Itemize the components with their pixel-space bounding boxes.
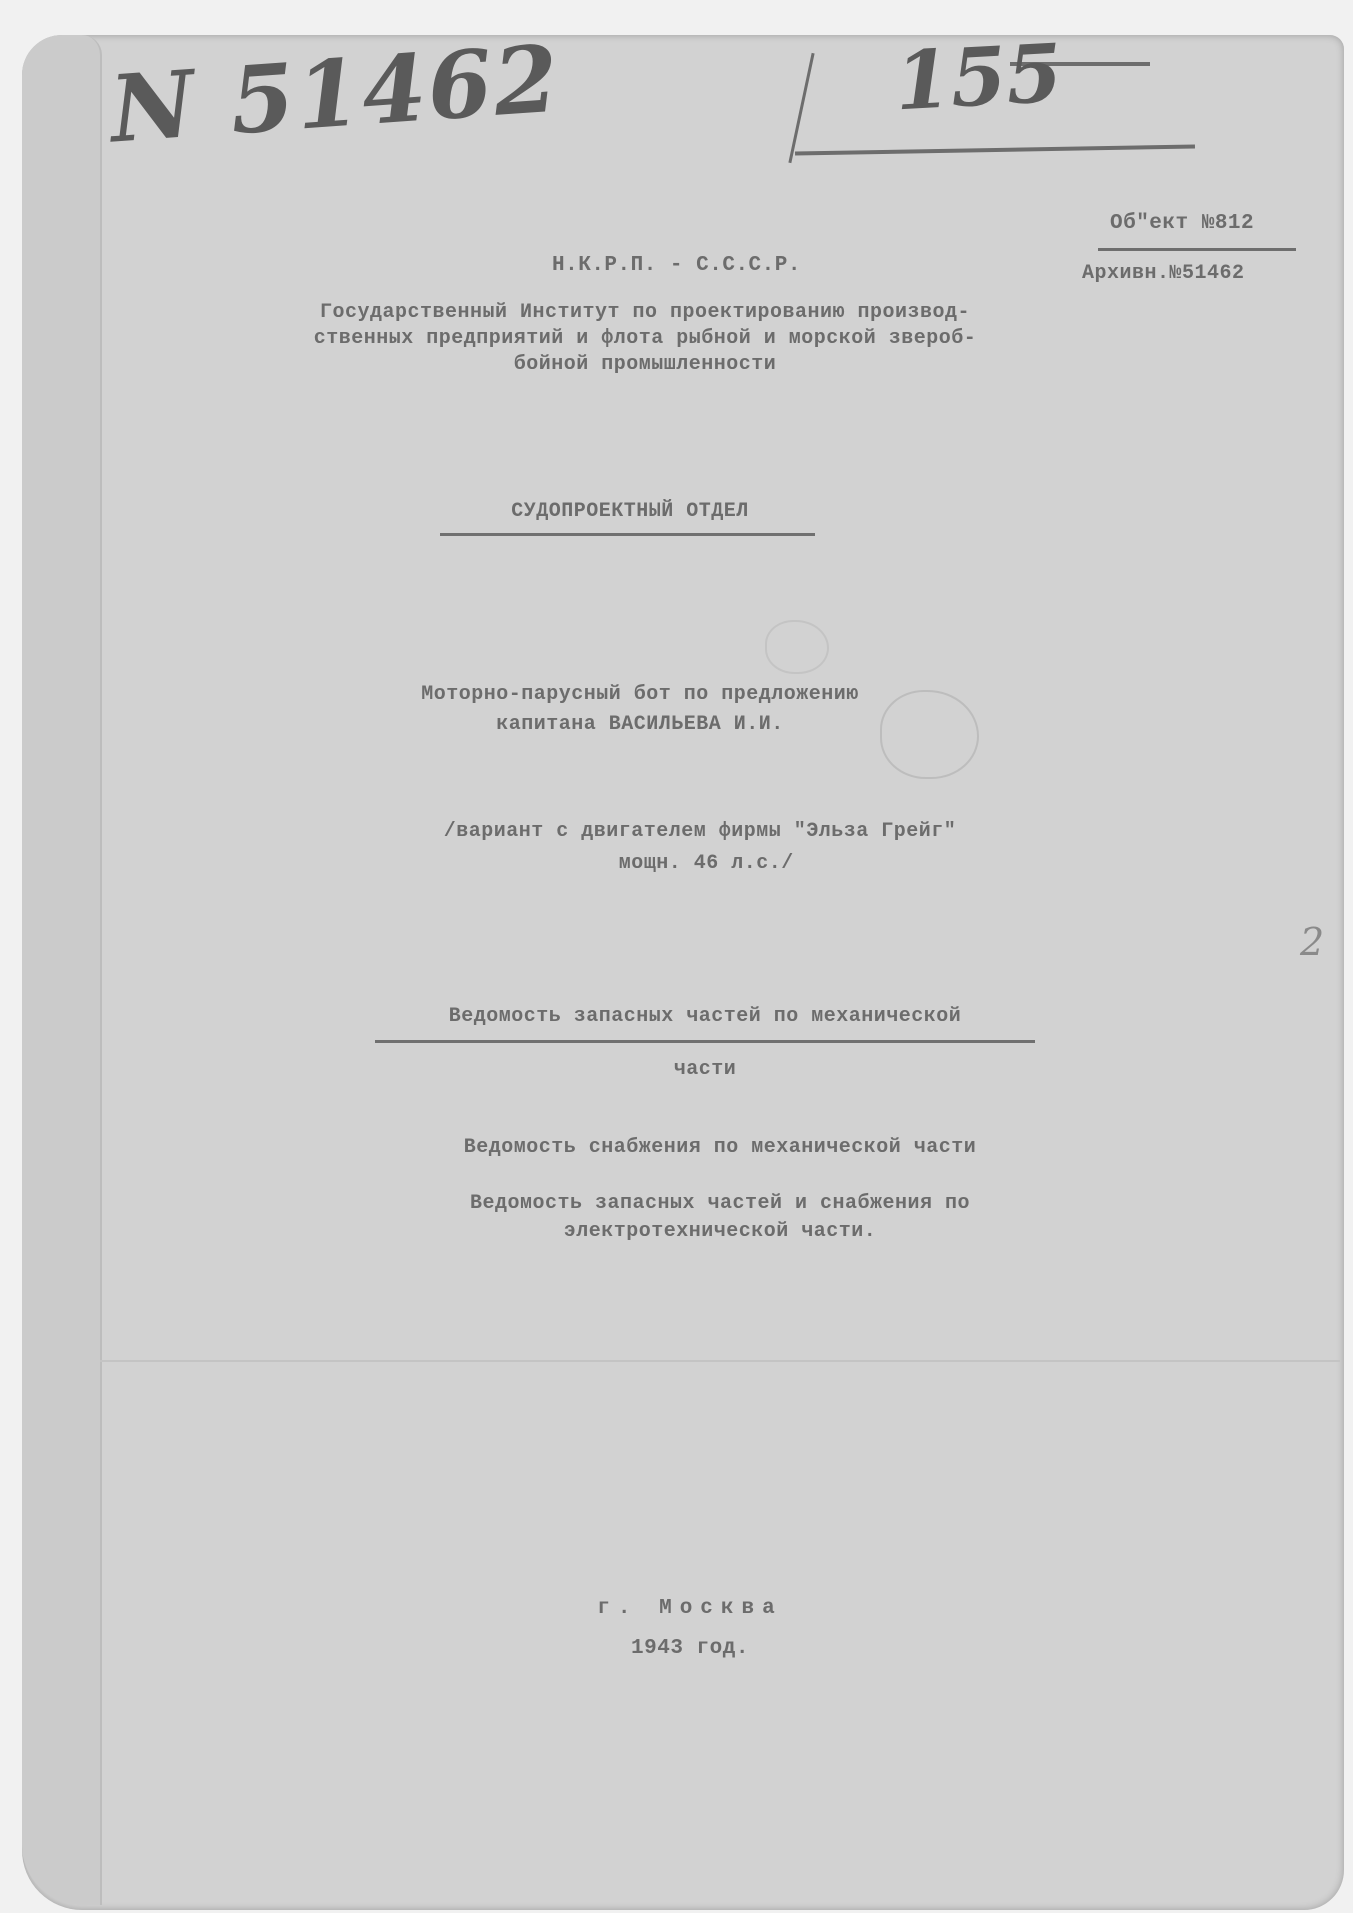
contents-item-1-underline bbox=[375, 1040, 1035, 1043]
binding-fold bbox=[22, 35, 102, 1905]
stamp-divider bbox=[1098, 248, 1296, 251]
contents-item-3: Ведомость запасных частей и снабжения по… bbox=[370, 1190, 1070, 1246]
boat-title: Моторно-парусный бот по предложению капи… bbox=[280, 680, 1000, 740]
page-crease bbox=[100, 1360, 1340, 1362]
city: г. Москва bbox=[540, 1597, 840, 1620]
organization-name: Государственный Институт по проектирован… bbox=[235, 300, 1055, 378]
organization-abbreviation: Н.К.Р.П. - С.С.С.Р. bbox=[0, 254, 1353, 277]
contents-item-1-continuation: части bbox=[360, 1058, 1050, 1081]
department-title: СУДОПРОЕКТНЫЙ ОТДЕЛ bbox=[440, 500, 820, 523]
object-number: Об"ект №812 bbox=[1110, 212, 1254, 235]
handwritten-sheet-number: 155 bbox=[893, 26, 1065, 129]
handwritten-margin-mark: 2 bbox=[1300, 920, 1324, 964]
year: 1943 год. bbox=[540, 1637, 840, 1660]
contents-item-1: Ведомость запасных частей по механическо… bbox=[360, 1005, 1050, 1028]
contents-item-2: Ведомость снабжения по механической част… bbox=[370, 1136, 1070, 1159]
department-underline bbox=[440, 533, 815, 536]
paper-stain bbox=[765, 620, 829, 674]
engine-variant: /вариант с двигателем фирмы "Эльза Грейг… bbox=[340, 816, 1060, 880]
